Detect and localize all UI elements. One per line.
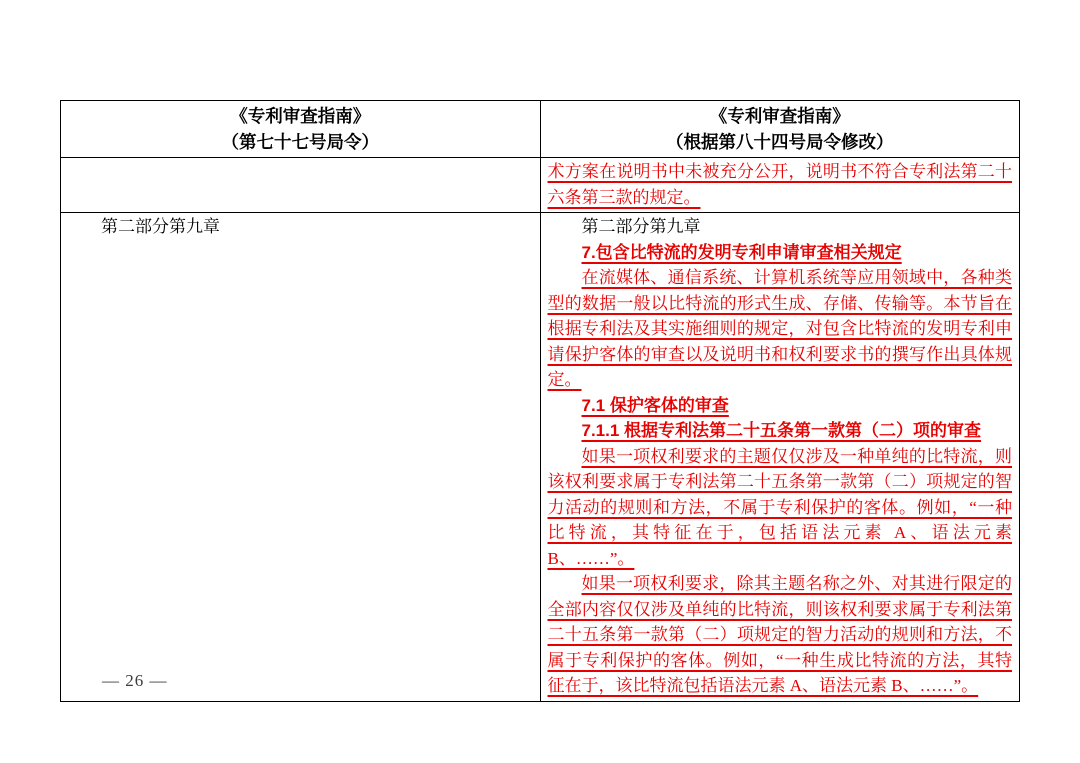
heading-section7-1: 7.1 保护客体的审查	[548, 393, 1013, 419]
revision-continuation-text: 术方案在说明书中未被充分公开，说明书不符合专利法第二十六条第三款的规定。	[548, 159, 1013, 210]
header-cell-new-version: 《专利审查指南》 （根据第八十四号局令修改）	[540, 101, 1020, 158]
header-cell-old-version: 《专利审查指南》 （第七十七号局令）	[61, 101, 541, 158]
paragraph-section7-intro: 在流媒体、通信系统、计算机系统等应用领域中，各种类型的数据一般以比特流的形式生成…	[548, 265, 1013, 393]
old-chapter-label: 第二部分第九章	[68, 214, 533, 240]
new-version-decree: （根据第八十四号局令修改）	[548, 129, 1013, 155]
paragraph-claim-content: 如果一项权利要求，除其主题名称之外、对其进行限定的全部内容仅仅涉及单纯的比特流，…	[548, 571, 1013, 699]
old-version-decree: （第七十七号局令）	[68, 129, 533, 155]
table-row-continuation: 术方案在说明书中未被充分公开，说明书不符合专利法第二十六条第三款的规定。	[61, 158, 1020, 213]
new-cell-chapter-content: 第二部分第九章 7.包含比特流的发明专利申请审查相关规定 在流媒体、通信系统、计…	[540, 213, 1020, 702]
new-chapter-label: 第二部分第九章	[548, 214, 1013, 240]
heading-section7: 7.包含比特流的发明专利申请审查相关规定	[548, 240, 1013, 266]
old-cell-empty	[61, 158, 541, 213]
page-number: — 26 —	[102, 669, 168, 693]
new-version-title: 《专利审查指南》	[548, 103, 1013, 129]
old-version-title: 《专利审查指南》	[68, 103, 533, 129]
new-cell-continuation: 术方案在说明书中未被充分公开，说明书不符合专利法第二十六条第三款的规定。	[540, 158, 1020, 213]
heading-section7-1-1: 7.1.1 根据专利法第二十五条第一款第（二）项的审查	[548, 418, 1013, 444]
paragraph-claim-subject: 如果一项权利要求的主题仅仅涉及一种单纯的比特流，则该权利要求属于专利法第二十五条…	[548, 444, 1013, 572]
table-header-row: 《专利审查指南》 （第七十七号局令） 《专利审查指南》 （根据第八十四号局令修改…	[61, 101, 1020, 158]
table-row-part2-chapter9: 第二部分第九章 第二部分第九章 7.包含比特流的发明专利申请审查相关规定 在流媒…	[61, 213, 1020, 702]
guideline-comparison-table: 《专利审查指南》 （第七十七号局令） 《专利审查指南》 （根据第八十四号局令修改…	[60, 100, 1020, 702]
document-page: 《专利审查指南》 （第七十七号局令） 《专利审查指南》 （根据第八十四号局令修改…	[0, 0, 1080, 763]
old-cell-chapter: 第二部分第九章	[61, 213, 541, 702]
